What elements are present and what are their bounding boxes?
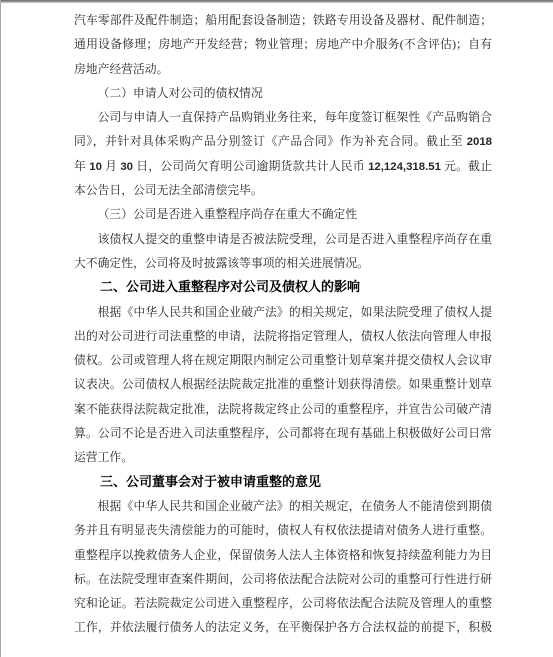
text-line: 该债权人提交的重整申请是否被法院受理，公司是否进入重整程序尚存在重 [74,227,492,251]
text-line: 标。在法院受理审查案件期间，公司将依法配合法院对公司的重整可行性进行研 [74,567,492,591]
numeric-text: 30 [120,161,133,173]
text-line: 务并且有明显丧失清偿能力的可能时，债权人有权依法提请对债务人进行重整。 [74,518,492,542]
numeric-text: 10 [89,161,102,173]
text-line: 议表决。公司债权人根据经法院裁定批准的重整计划获得清偿。如果重整计划草 [74,372,492,396]
page-top-border [0,0,553,3]
text-line: 重整程序以挽救债务人企业，保留债务人法人主体资格和恢复持续盈利能力为目 [74,543,492,567]
text-line: 汽车零部件及配件制造；船用配套设备制造；铁路专用设备及器材、配件制造； [74,8,492,32]
text-line: 究和论证。若法院裁定公司进入重整程序，公司将依法配合法院及管理人的重整 [74,591,492,615]
text-line: 出的对公司进行司法重整的申请，法院将指定管理人，债权人依法向管理人申报 [74,324,492,348]
text-line: 债权。公司或管理人将在规定期限内制定公司重整计划草案并提交债权人会议审 [74,348,492,372]
section-heading: 三、公司董事会对于被申请重整的意见 [74,470,492,494]
text-line: 根据《中华人民共和国企业破产法》的相关规定，在债务人不能清偿到期债 [74,494,492,518]
text-line: 公司与申请人一直保持产品购销业务往来，每年度签订框架性《产品购销合 [74,105,492,129]
document-screenshot: { "page": { "background_color": "#ffffff… [0,0,553,657]
numeric-text: 12,124,318.51 [368,161,441,173]
page-left-border [0,0,1,657]
text-line: 根据《中华人民共和国企业破产法》的相关规定，如果法院受理了债权人提 [74,300,492,324]
text-line: 运营工作。 [74,445,492,469]
document-body: 汽车零部件及配件制造；船用配套设备制造；铁路专用设备及器材、配件制造；通用设备修… [74,8,492,640]
text-line: （三）公司是否进入重整程序尚存在重大不确定性 [74,202,492,226]
numeric-text: 2018 [467,136,492,148]
text-line: 本公告日，公司无法全部清偿完毕。 [74,178,492,202]
text-line: 算。公司不论是否进入司法重整程序，公司都将在现有基础上积极做好公司日常 [74,421,492,445]
text-line: 工作，并依法履行债务人的法定义务，在平衡保护各方合法权益的前提下，积极 [74,615,492,639]
section-heading: 二、公司进入重整程序对公司及债权人的影响 [74,275,492,299]
text-line: 房地产经营活动。 [74,57,492,81]
text-line: 案不能获得法院裁定批准，法院将裁定终止公司的重整程序，并宣告公司破产清 [74,397,492,421]
text-line: （二）申请人对公司的债权情况 [74,81,492,105]
text-line: 大不确定性，公司将及时披露该等事项的相关进展情况。 [74,251,492,275]
text-line: 年 10 月 30 日，公司尚欠育明公司逾期货款共计人民币 12,124,318… [74,154,492,178]
text-line: 通用设备修理；房地产开发经营；物业管理；房地产中介服务(不含评估)；自有 [74,32,492,56]
text-line: 同》，并针对具体采购产品分别签订《产品合同》作为补充合同。截止至 2018 [74,129,492,153]
